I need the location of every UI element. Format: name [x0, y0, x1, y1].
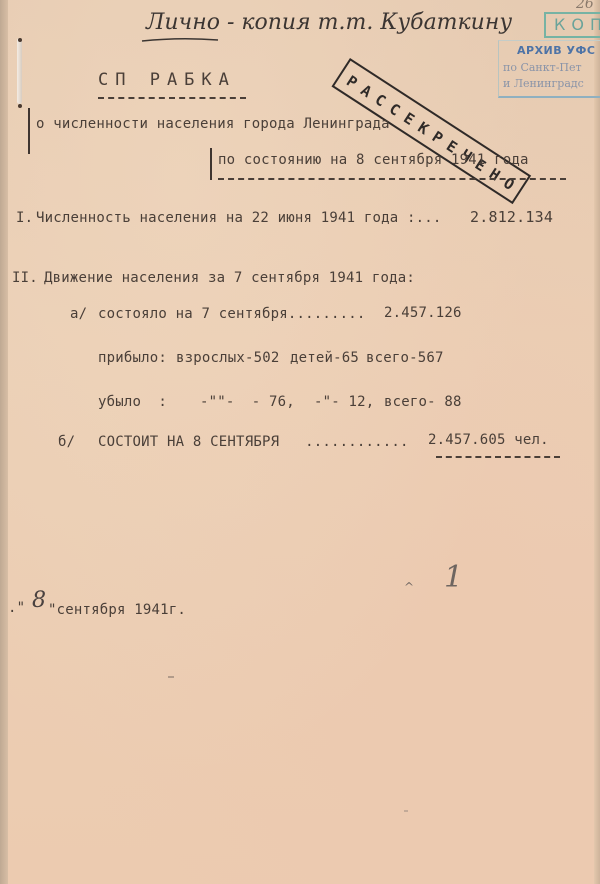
handwriting-underline: [140, 36, 220, 44]
section2-heading: Движение населения за 7 сентября 1941 го…: [44, 270, 415, 286]
departed-children: -"- 12,: [314, 394, 374, 410]
pencil-mark: 1: [444, 560, 463, 595]
section1-numeral: I.: [16, 210, 33, 226]
date-suffix: "сентября 1941г.: [48, 602, 186, 618]
item-b-text: СОСТОИТ НА 8 СЕНТЯБРЯ ............: [98, 434, 409, 450]
binding-hole-icon: [18, 38, 22, 42]
section1-value: 2.812.134: [470, 208, 553, 226]
archive-stamp-line1: АРХИВ УФС: [517, 44, 595, 57]
arrived-adults: взрослых-502: [176, 350, 280, 366]
arrived-label: прибыло:: [98, 350, 167, 366]
margin-line: [210, 148, 212, 180]
item-a-text: состояло на 7 сентября.........: [98, 306, 366, 322]
document-subtitle: о численности населения города Ленинград…: [36, 116, 390, 132]
as-of-underline: [218, 178, 566, 180]
document-title: СП РАБКА: [98, 70, 236, 90]
item-b-value: 2.457.605 чел.: [428, 432, 549, 448]
archive-stamp-line2: по Санкт-Пет: [503, 61, 582, 74]
departed-total: всего- 88: [384, 394, 462, 410]
item-a-label: а/: [70, 306, 87, 322]
item-b-underline: [436, 456, 560, 458]
item-a-value: 2.457.126: [384, 305, 462, 321]
binding-hole-icon: [18, 104, 22, 108]
arrived-children: детей-65: [290, 350, 359, 366]
title-underline: [98, 97, 246, 99]
section2-numeral: II.: [12, 270, 38, 286]
departed-label: убыло :: [98, 394, 167, 410]
date-handwritten-day: 8: [32, 588, 46, 613]
paper-speck: [168, 676, 174, 678]
as-of-date: по состоянию на 8 сентября 1941 года: [218, 152, 529, 168]
archive-stamp-line3: и Ленинградс: [503, 77, 584, 90]
binding-thread-icon: [17, 38, 22, 104]
departed-adults: -""- - 76,: [200, 394, 295, 410]
margin-line: [28, 108, 30, 154]
handwritten-header: Лично - копия т.т. Кубаткину: [146, 10, 512, 35]
date-prefix: .": [8, 600, 25, 616]
copy-stamp-text: КОП: [554, 15, 600, 34]
copy-stamp: КОП: [544, 12, 600, 38]
page-right-edge: [594, 0, 600, 884]
arrived-total: всего-567: [366, 350, 444, 366]
page-number: 26: [576, 0, 594, 12]
paper-speck: [404, 810, 408, 812]
archive-stamp: АРХИВ УФС по Санкт-Пет и Ленинградс: [498, 40, 600, 98]
section1-text: Численность населения на 22 июня 1941 го…: [36, 210, 442, 226]
document-page: 26 Лично - копия т.т. Кубаткину КОП АРХИ…: [0, 0, 600, 884]
page-binding-edge: [0, 0, 8, 884]
item-b-label: б/: [58, 434, 75, 450]
caret-mark: ^: [404, 580, 414, 594]
